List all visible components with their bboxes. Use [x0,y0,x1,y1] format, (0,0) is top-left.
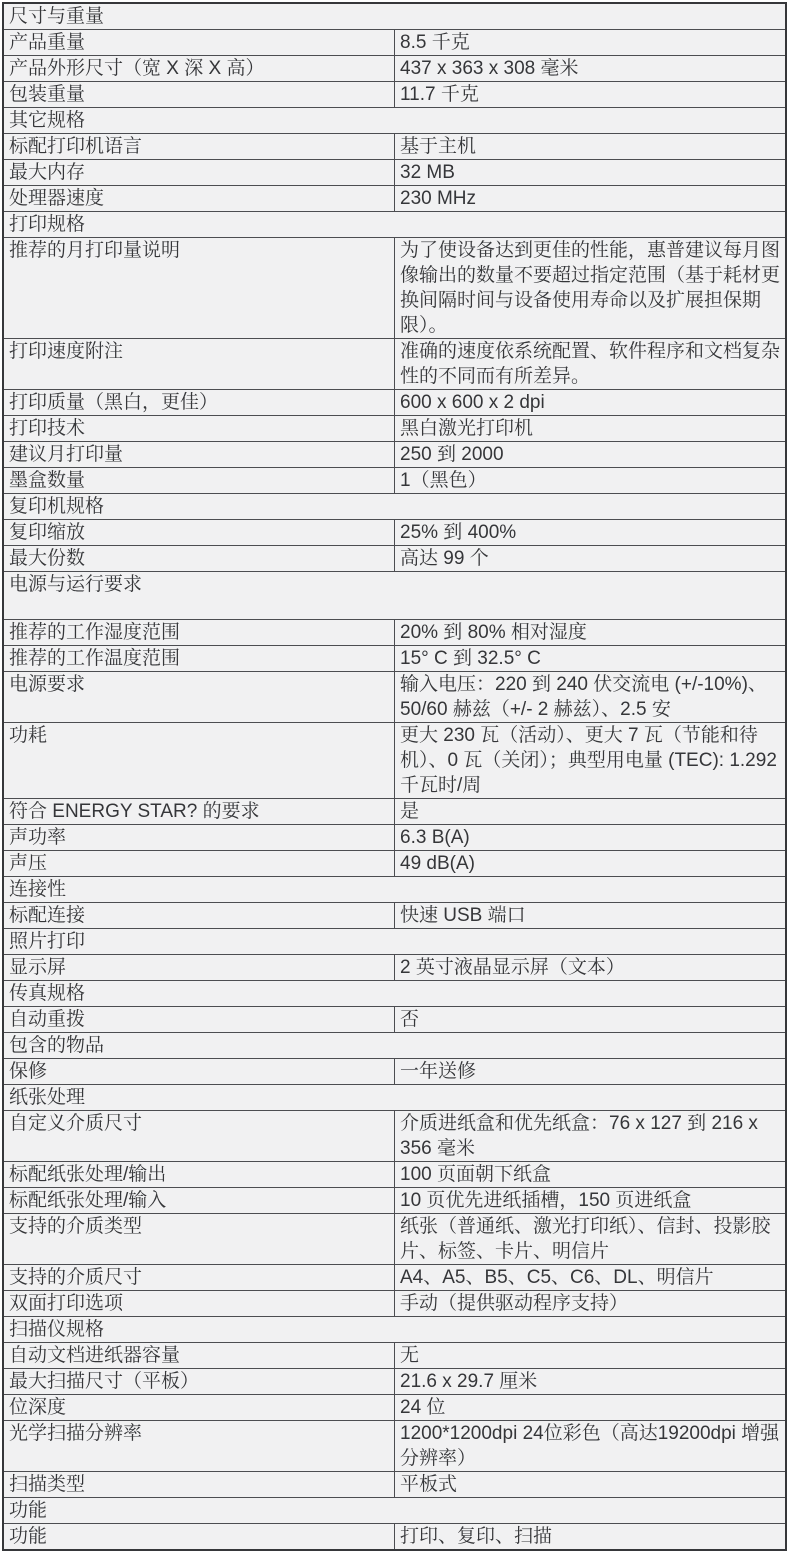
table-row: 包装重量11.7 千克 [3,82,786,108]
spec-label: 扫描类型 [3,1472,395,1498]
table-row: 墨盒数量1（黑色） [3,468,786,494]
spec-value: 纸张（普通纸、激光打印纸）、信封、投影胶片、标签、卡片、明信片 [395,1214,787,1265]
spec-value: 1200*1200dpi 24位彩色（高达19200dpi 增强分辨率） [395,1421,787,1472]
section-title: 纸张处理 [3,1085,786,1111]
table-row: 光学扫描分辨率1200*1200dpi 24位彩色（高达19200dpi 增强分… [3,1421,786,1472]
table-row: 符合 ENERGY STAR? 的要求是 [3,799,786,825]
spec-label: 推荐的月打印量说明 [3,238,395,339]
spec-value: 平板式 [395,1472,787,1498]
spec-page: 尺寸与重量产品重量8.5 千克产品外形尺寸（宽 X 深 X 高）437 x 36… [0,0,790,1551]
spec-label: 产品外形尺寸（宽 X 深 X 高） [3,56,395,82]
spec-value: 准确的速度依系统配置、软件程序和文档复杂性的不同而有所差异。 [395,339,787,390]
spec-table: 尺寸与重量产品重量8.5 千克产品外形尺寸（宽 X 深 X 高）437 x 36… [2,2,787,1551]
spec-value: 437 x 363 x 308 毫米 [395,56,787,82]
table-row: 功耗更大 230 瓦（活动）、更大 7 瓦（节能和待机）、0 瓦（关闭）；典型用… [3,723,786,799]
spec-label: 推荐的工作湿度范围 [3,620,395,646]
spec-value: 11.7 千克 [395,82,787,108]
spec-label: 符合 ENERGY STAR? 的要求 [3,799,395,825]
table-row: 位深度24 位 [3,1395,786,1421]
table-row: 支持的介质尺寸A4、A5、B5、C5、C6、DL、明信片 [3,1265,786,1291]
spec-label: 处理器速度 [3,186,395,212]
spec-label: 推荐的工作温度范围 [3,646,395,672]
spec-label: 最大扫描尺寸（平板） [3,1369,395,1395]
section-title: 扫描仪规格 [3,1317,786,1343]
spec-label: 位深度 [3,1395,395,1421]
spec-label: 标配纸张处理/输出 [3,1162,395,1188]
table-row: 自定义介质尺寸介质进纸盒和优先纸盒：76 x 127 到 216 x 356 毫… [3,1111,786,1162]
table-row: 功能打印、复印、扫描 [3,1524,786,1551]
section-title: 复印机规格 [3,494,786,520]
spec-label: 标配纸张处理/输入 [3,1188,395,1214]
spec-label: 打印速度附注 [3,339,395,390]
table-row: 自动重拨否 [3,1007,786,1033]
table-row: 打印质量（黑白，更佳）600 x 600 x 2 dpi [3,390,786,416]
table-row: 声压49 dB(A) [3,851,786,877]
spec-label: 复印缩放 [3,520,395,546]
spec-label: 自动文档进纸器容量 [3,1343,395,1369]
table-row: 扫描类型平板式 [3,1472,786,1498]
section-row: 扫描仪规格 [3,1317,786,1343]
spec-value: 是 [395,799,787,825]
spec-value: 无 [395,1343,787,1369]
spec-value: 49 dB(A) [395,851,787,877]
section-row: 其它规格 [3,108,786,134]
table-row: 标配连接快速 USB 端口 [3,903,786,929]
section-title: 传真规格 [3,981,786,1007]
section-title: 功能 [3,1498,786,1524]
spec-value: 24 位 [395,1395,787,1421]
spec-value: 打印、复印、扫描 [395,1524,787,1551]
spec-label: 声压 [3,851,395,877]
spec-value: 250 到 2000 [395,442,787,468]
table-row: 标配打印机语言基于主机 [3,134,786,160]
table-row: 标配纸张处理/输出100 页面朝下纸盒 [3,1162,786,1188]
section-row: 电源与运行要求 [3,572,786,620]
table-row: 产品重量8.5 千克 [3,30,786,56]
spec-value: 32 MB [395,160,787,186]
spec-label: 保修 [3,1059,395,1085]
spec-value: 15° C 到 32.5° C [395,646,787,672]
spec-value: 100 页面朝下纸盒 [395,1162,787,1188]
section-title: 照片打印 [3,929,786,955]
table-row: 双面打印选项手动（提供驱动程序支持） [3,1291,786,1317]
table-row: 最大内存32 MB [3,160,786,186]
spec-value: 21.6 x 29.7 厘米 [395,1369,787,1395]
spec-value: 黑白激光打印机 [395,416,787,442]
section-row: 功能 [3,1498,786,1524]
table-row: 处理器速度230 MHz [3,186,786,212]
section-title: 其它规格 [3,108,786,134]
spec-table-body: 尺寸与重量产品重量8.5 千克产品外形尺寸（宽 X 深 X 高）437 x 36… [3,3,786,1550]
table-row: 声功率6.3 B(A) [3,825,786,851]
spec-label: 显示屏 [3,955,395,981]
spec-value: 否 [395,1007,787,1033]
section-row: 连接性 [3,877,786,903]
table-row: 支持的介质类型纸张（普通纸、激光打印纸）、信封、投影胶片、标签、卡片、明信片 [3,1214,786,1265]
table-row: 推荐的工作温度范围15° C 到 32.5° C [3,646,786,672]
spec-value: 600 x 600 x 2 dpi [395,390,787,416]
spec-value: 8.5 千克 [395,30,787,56]
section-row: 包含的物品 [3,1033,786,1059]
table-row: 复印缩放25% 到 400% [3,520,786,546]
section-row: 照片打印 [3,929,786,955]
table-row: 产品外形尺寸（宽 X 深 X 高）437 x 363 x 308 毫米 [3,56,786,82]
section-title: 打印规格 [3,212,786,238]
spec-value: 快速 USB 端口 [395,903,787,929]
spec-value: 为了使设备达到更佳的性能，惠普建议每月图像输出的数量不要超过指定范围（基于耗材更… [395,238,787,339]
spec-value: 1（黑色） [395,468,787,494]
spec-label: 最大份数 [3,546,395,572]
spec-value: 25% 到 400% [395,520,787,546]
spec-label: 功耗 [3,723,395,799]
spec-label: 墨盒数量 [3,468,395,494]
spec-value: 6.3 B(A) [395,825,787,851]
section-row: 复印机规格 [3,494,786,520]
spec-label: 标配连接 [3,903,395,929]
spec-value: 输入电压：220 到 240 伏交流电 (+/-10%)、50/60 赫兹（+/… [395,672,787,723]
spec-value: 手动（提供驱动程序支持） [395,1291,787,1317]
table-row: 打印技术黑白激光打印机 [3,416,786,442]
spec-label: 光学扫描分辨率 [3,1421,395,1472]
section-row: 传真规格 [3,981,786,1007]
spec-label: 功能 [3,1524,395,1551]
section-row: 打印规格 [3,212,786,238]
table-row: 自动文档进纸器容量无 [3,1343,786,1369]
section-row: 纸张处理 [3,1085,786,1111]
spec-label: 声功率 [3,825,395,851]
table-row: 推荐的工作湿度范围20% 到 80% 相对湿度 [3,620,786,646]
spec-value: 20% 到 80% 相对湿度 [395,620,787,646]
spec-label: 自动重拨 [3,1007,395,1033]
spec-label: 自定义介质尺寸 [3,1111,395,1162]
spec-label: 最大内存 [3,160,395,186]
spec-label: 支持的介质尺寸 [3,1265,395,1291]
spec-label: 电源要求 [3,672,395,723]
spec-label: 包装重量 [3,82,395,108]
spec-value: 2 英寸液晶显示屏（文本） [395,955,787,981]
table-row: 保修一年送修 [3,1059,786,1085]
spec-label: 打印技术 [3,416,395,442]
table-row: 标配纸张处理/输入10 页优先进纸插槽，150 页进纸盒 [3,1188,786,1214]
table-row: 电源要求输入电压：220 到 240 伏交流电 (+/-10%)、50/60 赫… [3,672,786,723]
spec-value: 基于主机 [395,134,787,160]
table-row: 建议月打印量250 到 2000 [3,442,786,468]
section-title: 尺寸与重量 [3,3,786,30]
table-row: 推荐的月打印量说明为了使设备达到更佳的性能，惠普建议每月图像输出的数量不要超过指… [3,238,786,339]
section-title: 包含的物品 [3,1033,786,1059]
spec-label: 双面打印选项 [3,1291,395,1317]
section-row: 尺寸与重量 [3,3,786,30]
spec-label: 建议月打印量 [3,442,395,468]
table-row: 最大扫描尺寸（平板）21.6 x 29.7 厘米 [3,1369,786,1395]
table-row: 显示屏2 英寸液晶显示屏（文本） [3,955,786,981]
spec-value: 介质进纸盒和优先纸盒：76 x 127 到 216 x 356 毫米 [395,1111,787,1162]
spec-label: 标配打印机语言 [3,134,395,160]
spec-value: 一年送修 [395,1059,787,1085]
spec-value: 高达 99 个 [395,546,787,572]
spec-label: 打印质量（黑白，更佳） [3,390,395,416]
spec-label: 支持的介质类型 [3,1214,395,1265]
section-title: 电源与运行要求 [3,572,786,620]
spec-value: 更大 230 瓦（活动）、更大 7 瓦（节能和待机）、0 瓦（关闭）；典型用电量… [395,723,787,799]
spec-label: 产品重量 [3,30,395,56]
spec-value: 10 页优先进纸插槽，150 页进纸盒 [395,1188,787,1214]
spec-value: 230 MHz [395,186,787,212]
spec-value: A4、A5、B5、C5、C6、DL、明信片 [395,1265,787,1291]
table-row: 最大份数高达 99 个 [3,546,786,572]
table-row: 打印速度附注准确的速度依系统配置、软件程序和文档复杂性的不同而有所差异。 [3,339,786,390]
section-title: 连接性 [3,877,786,903]
